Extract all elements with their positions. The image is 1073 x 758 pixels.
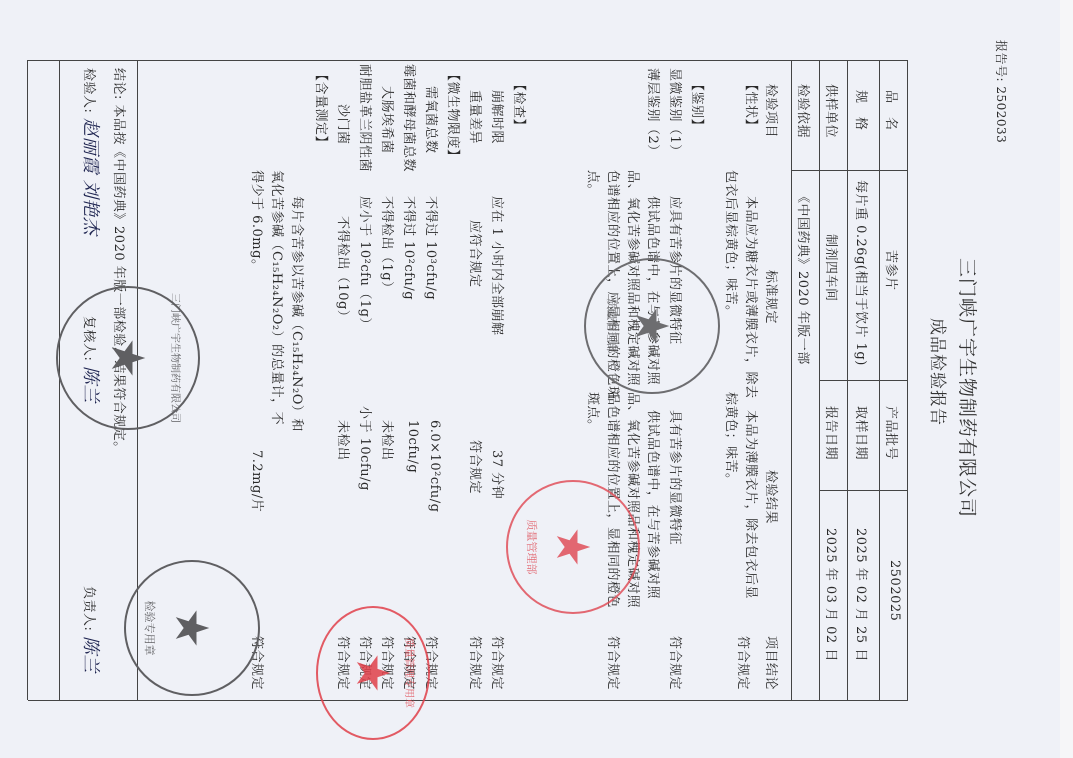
value-batch-no: 2502025 (887, 560, 902, 621)
std-assay-2: 氧化苦参碱（C₁₅H₂₄N₂O₂）的总量计，不 (269, 170, 288, 425)
label-basis: 检验依据 (795, 84, 814, 138)
item-e-coli: 大肠埃希菌 (379, 86, 398, 154)
stamp-text: 质量管理部 (524, 520, 540, 575)
res-microscopic: 具有苦参片的显微特征 (667, 410, 686, 545)
item-bile-tolerant: 耐胆盐革兰阴性菌 (357, 64, 376, 172)
stamp-text: 三门峡广宇生物制药有限公司 (169, 293, 184, 423)
res-disintegration: 37 分钟 (489, 450, 508, 499)
value-spec: 每片重 0.26g(相当于饮片 1g) (853, 180, 872, 366)
std-e-coli: 不得检出（1g） (379, 196, 398, 295)
std-aerobic: 不得过 10³cfu/g (423, 196, 442, 300)
res-assay: 7.2mg/片 (249, 450, 268, 512)
inspection-stamp-gray: ★ 检验专用章 (124, 560, 260, 696)
std-appearance-2: 包衣后显棕黄色；味苦。 (723, 170, 742, 319)
header-standard: 标准规定 (763, 270, 782, 324)
report-number: 报告号: 2502033 (993, 40, 1010, 143)
item-mold-yeast: 霉菌和酵母菌总数 (401, 64, 420, 172)
company-stamp-gray: ★ 三门峡广宇生物制药有限公司 (56, 286, 200, 430)
conc-weight-variation: 符合规定 (467, 636, 486, 690)
res-appearance-2: 棕黄色；味苦。 (723, 392, 742, 487)
stamp-text: 质量管理专用章 (403, 638, 418, 708)
res-mold-yeast: 10cfu/g (405, 420, 420, 473)
pharma-stamp-red: ★ 质量管理专用章 (316, 606, 430, 740)
star-icon: ★ (550, 526, 596, 567)
inspector-label: 检验人: (81, 68, 96, 113)
std-appearance-1: 本品应为糖衣片或薄膜衣片，除去 (743, 196, 762, 399)
std-assay-1: 每片含苦参以苦参碱（C₁₅H₂₄N₂O）和 (289, 196, 308, 432)
res-aerobic: 6.0×10²cfu/g (427, 420, 442, 513)
res-appearance-1: 本品为薄膜衣片，除去包衣后显 (743, 410, 762, 599)
item-salmonella: 沙门菌 (335, 104, 354, 145)
company-name: 三门峡广宇生物制药有限公司 (955, 258, 982, 518)
report-number-label: 报告号: (994, 40, 1008, 82)
section-microbial: 【微生物限度】 (445, 68, 464, 163)
section-assay: 【含量测定】 (313, 68, 332, 149)
res-salmonella: 未检出 (335, 420, 354, 461)
conclusion-label: 结论: (111, 68, 126, 100)
doc-title: 成品检验报告 (927, 318, 952, 426)
quality-dept-stamp-gray: ★ 质量管理部 (584, 258, 720, 394)
item-tlc: 薄层鉴别（2） (645, 68, 664, 158)
inspector-signature: 赵丽霞 刘艳杰 (80, 118, 101, 235)
std-disintegration: 应在 1 小时内全部崩解 (489, 196, 508, 336)
star-icon: ★ (105, 337, 151, 378)
label-spec: 规 格 (853, 90, 872, 131)
responsible: 负责人: 陈兰 (79, 586, 105, 673)
label-sample-date: 取样日期 (853, 406, 872, 460)
report-number-value: 2502033 (994, 86, 1008, 143)
item-aerobic: 需氧菌总数 (423, 86, 442, 154)
std-weight-variation: 应符合规定 (467, 220, 486, 288)
res-tlc-4: 斑点。 (585, 392, 604, 433)
value-product-name: 苦参片 (883, 250, 902, 291)
star-icon: ★ (629, 305, 675, 346)
responsible-label: 负责人: (81, 586, 96, 631)
value-sample-date: 2025 年 02 月 25 日 (853, 528, 872, 662)
res-weight-variation: 符合规定 (467, 440, 486, 494)
value-basis: 《中国药典》2020 年版一部 (795, 190, 814, 365)
star-icon: ★ (169, 607, 215, 648)
std-assay-3: 得少于 6.0mg。 (249, 170, 268, 272)
responsible-signature: 陈兰 (80, 636, 101, 673)
header-item: 检验项目 (763, 84, 782, 138)
section-appearance: 【性状】 (743, 78, 762, 132)
label-product-name: 品 名 (883, 90, 902, 131)
item-weight-variation: 重量差异 (467, 90, 486, 144)
report-page: 报告号: 2502033 三门峡广宇生物制药有限公司 成品检验报告 品 名 苦参… (0, 0, 1060, 758)
star-icon: ★ (350, 652, 396, 693)
item-disintegration: 崩解时限 (489, 90, 508, 144)
std-tlc-4: 点。 (585, 170, 604, 197)
header-result: 检验结果 (763, 470, 782, 524)
item-microscopic: 显微鉴别（1） (667, 68, 686, 158)
section-identification: 【鉴别】 (689, 78, 708, 132)
conc-appearance: 符合规定 (735, 636, 754, 690)
label-report-date: 报告日期 (823, 406, 842, 460)
res-bile-tolerant: 小于 10cfu/g (357, 406, 376, 491)
section-tests: 【检查】 (511, 78, 530, 132)
res-e-coli: 未检出 (379, 420, 398, 461)
inspector: 检验人: 赵丽霞 刘艳杰 (79, 68, 105, 235)
conc-microscopic: 符合规定 (667, 636, 686, 690)
header-conclusion: 项目结论 (763, 636, 782, 690)
conc-tlc: 符合规定 (605, 636, 624, 690)
label-batch-no: 产品批号 (883, 406, 902, 460)
stamp-text: 检验专用章 (142, 601, 158, 656)
std-bile-tolerant: 应小于 10²cfu（1g） (357, 196, 376, 331)
value-report-date: 2025 年 03 月 02 日 (823, 528, 842, 662)
value-supplier: 制剂四车间 (823, 234, 842, 302)
conc-disintegration: 符合规定 (489, 636, 508, 690)
label-supplier: 供样单位 (823, 84, 842, 138)
scan-edge (1058, 0, 1073, 758)
res-tlc-1: 供试品色谱中，在与苦参碱对照 (645, 410, 664, 599)
std-salmonella: 不得检出（10g） (335, 216, 354, 323)
std-mold-yeast: 不得过 10²cfu/g (401, 196, 420, 300)
recipient-stamp-red: ★ 质量管理部 (506, 480, 640, 614)
stamp-text: 质量管理部 (604, 299, 620, 354)
